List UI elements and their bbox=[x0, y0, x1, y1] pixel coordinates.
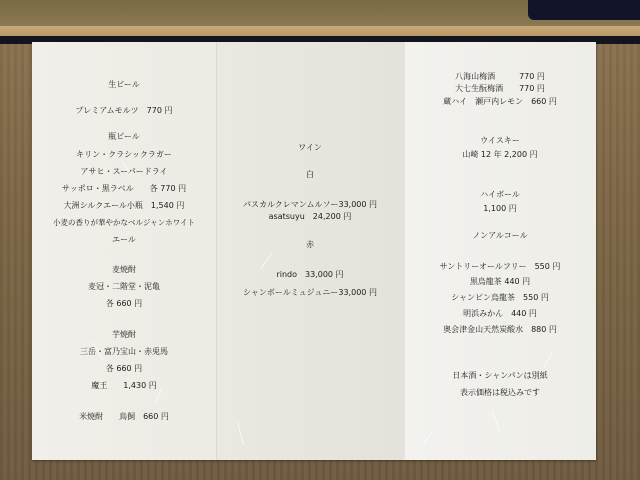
section-heading-bottled-beer: 瓶ビール bbox=[32, 132, 216, 142]
menu-panel-right: 八海山梅酒 770 円 大七生酛梅酒 770 円 蔵ハイ 瀬戸内レモン 660 … bbox=[404, 42, 596, 460]
menu-item: 三岳・富乃宝山・赤兎馬 bbox=[32, 347, 216, 357]
menu-item: サントリーオールフリー 550 円 bbox=[404, 262, 596, 272]
menu-note: 表示価格は税込みです bbox=[404, 388, 596, 398]
menu-item: 八海山梅酒 770 円 bbox=[404, 72, 596, 82]
menu-item: 黒烏龍茶 440 円 bbox=[404, 277, 596, 287]
section-heading-potato-shochu: 芋焼酎 bbox=[32, 330, 216, 340]
menu-item: asatsuyu 24,200 円 bbox=[216, 212, 404, 222]
section-heading-draft-beer: 生ビール bbox=[32, 80, 216, 90]
menu-item-description: エール bbox=[32, 235, 216, 245]
menu-item: プレミアムモルツ 770 円 bbox=[32, 106, 216, 116]
menu-item: キリン・クラシックラガー bbox=[32, 150, 216, 160]
menu-item-description: 小麦の香りが華やかなベルジャンホワイト bbox=[32, 218, 216, 228]
section-heading-white: 白 bbox=[216, 170, 404, 180]
section-heading-wine: ワイン bbox=[216, 143, 404, 153]
section-heading-whisky: ウイスキー bbox=[404, 136, 596, 146]
menu-panel-left: 生ビール プレミアムモルツ 770 円 瓶ビール キリン・クラシックラガー アサ… bbox=[32, 42, 216, 460]
section-heading-barley-shochu: 麦焼酎 bbox=[32, 265, 216, 275]
menu-item: 魔王 1,430 円 bbox=[32, 381, 216, 391]
menu-item-price: 各 660 円 bbox=[32, 299, 216, 309]
paper-fold bbox=[404, 42, 405, 460]
dark-object bbox=[528, 0, 640, 20]
menu-panel-middle: ワイン 白 パスカルクレマンムルソー33,000 円 asatsuyu 24,2… bbox=[216, 42, 404, 460]
wooden-rail bbox=[0, 26, 640, 36]
section-heading-highball: ハイボール bbox=[404, 190, 596, 200]
menu-item: シャンピン烏龍茶 550 円 bbox=[404, 293, 596, 303]
menu-item: サッポロ・黒ラベル 各 770 円 bbox=[32, 184, 216, 194]
section-heading-non-alcohol: ノンアルコール bbox=[404, 231, 596, 241]
menu-item: 蔵ハイ 瀬戸内レモン 660 円 bbox=[404, 97, 596, 107]
menu-item: 米焼酎 鳥飼 660 円 bbox=[32, 412, 216, 422]
menu-sheet: 生ビール プレミアムモルツ 770 円 瓶ビール キリン・クラシックラガー アサ… bbox=[32, 42, 596, 460]
menu-item: シャンボールミュジュニー33,000 円 bbox=[216, 288, 404, 298]
menu-item-price: 1,100 円 bbox=[404, 204, 596, 214]
menu-item: アサヒ・スーパードライ bbox=[32, 167, 216, 177]
menu-item: 明浜みかん 440 円 bbox=[404, 309, 596, 319]
menu-item: 麦冠・二階堂・泥亀 bbox=[32, 282, 216, 292]
menu-item-price: 各 660 円 bbox=[32, 364, 216, 374]
menu-item: rindo 33,000 円 bbox=[216, 270, 404, 280]
menu-item: 山崎 12 年 2,200 円 bbox=[404, 150, 596, 160]
menu-item: 大洲シルクエール小瓶 1,540 円 bbox=[32, 201, 216, 211]
paper-fold bbox=[216, 42, 217, 460]
menu-item: パスカルクレマンムルソー33,000 円 bbox=[216, 200, 404, 210]
menu-note: 日本酒・シャンパンは別紙 bbox=[404, 371, 596, 381]
section-heading-red: 赤 bbox=[216, 240, 404, 250]
menu-item: 大七生酛梅酒 770 円 bbox=[404, 84, 596, 94]
menu-item: 奥会津金山天然炭酸水 880 円 bbox=[404, 325, 596, 335]
